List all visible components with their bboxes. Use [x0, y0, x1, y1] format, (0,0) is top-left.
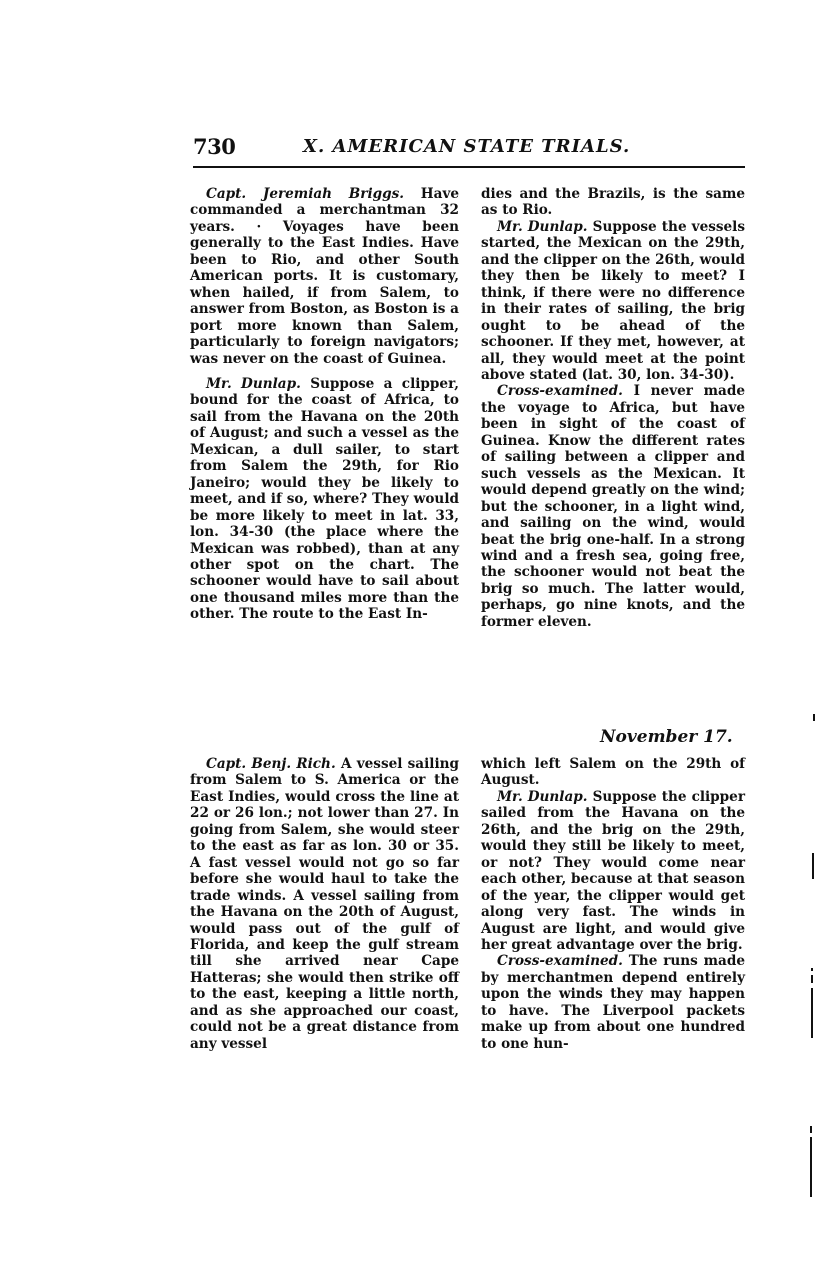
paragraph-text: Have commanded a merchantman 32 years. ·… [190, 186, 459, 367]
upper-left-column: Capt. Jeremiah Briggs. Have commanded a … [190, 186, 459, 623]
running-head: X. AMERICAN STATE TRIALS. [303, 136, 630, 157]
paragraph: Cross-examined. The runs made by merchan… [481, 953, 745, 1052]
upper-right-column: dies and the Brazils, is the same as to … [481, 186, 745, 630]
speaker-name: Mr. Dunlap. [497, 219, 588, 235]
scan-mark [812, 853, 814, 879]
paragraph-text: A vessel sailing from Salem to S. Americ… [190, 756, 459, 1052]
paragraph-continuation: which left Salem on the 29th of August. [481, 756, 745, 789]
page-header: 730 X. AMERICAN STATE TRIALS. [193, 134, 745, 166]
paragraph-text: I never made the voyage to Africa, but h… [481, 383, 745, 629]
scan-mark [811, 968, 813, 971]
paragraph-text: Suppose the clipper sailed from the Hava… [481, 789, 745, 953]
speaker-name: Cross-examined. [497, 383, 623, 399]
speaker-name: Cross-examined. [497, 953, 623, 969]
paragraph: Mr. Dunlap. Suppose a clipper, bound for… [190, 376, 459, 623]
date-heading: November 17. [600, 727, 733, 747]
speaker-name: Capt. Benj. Rich. [206, 756, 336, 772]
paragraph: Capt. Jeremiah Briggs. Have commanded a … [190, 186, 459, 367]
scan-mark [810, 1126, 812, 1133]
paragraph: Cross-examined. I never made the voyage … [481, 383, 745, 630]
paragraph-text: which left Salem on the 29th of August. [481, 756, 745, 788]
speaker-name: Capt. Jeremiah Briggs. [206, 186, 404, 202]
paragraph-text: dies and the Brazils, is the same as to … [481, 186, 745, 218]
paragraph: Mr. Dunlap. Suppose the vessels started,… [481, 219, 745, 384]
lower-left-column: Capt. Benj. Rich. A vessel sailing from … [190, 756, 459, 1052]
page-number: 730 [193, 134, 235, 159]
scan-mark [810, 1137, 812, 1197]
paragraph: Mr. Dunlap. Suppose the clipper sailed f… [481, 789, 745, 954]
scan-mark [813, 714, 815, 721]
scan-mark [811, 988, 813, 1038]
paragraph-text: Suppose a clipper, bound for the coast o… [190, 376, 459, 622]
paragraph: Capt. Benj. Rich. A vessel sailing from … [190, 756, 459, 1052]
paragraph-text: Suppose the vessels started, the Mexican… [481, 219, 745, 383]
speaker-name: Mr. Dunlap. [497, 789, 588, 805]
header-rule [193, 166, 745, 168]
speaker-name: Mr. Dunlap. [206, 376, 301, 392]
paragraph-continuation: dies and the Brazils, is the same as to … [481, 186, 745, 219]
scan-mark [811, 975, 813, 983]
lower-right-column: which left Salem on the 29th of August. … [481, 756, 745, 1052]
